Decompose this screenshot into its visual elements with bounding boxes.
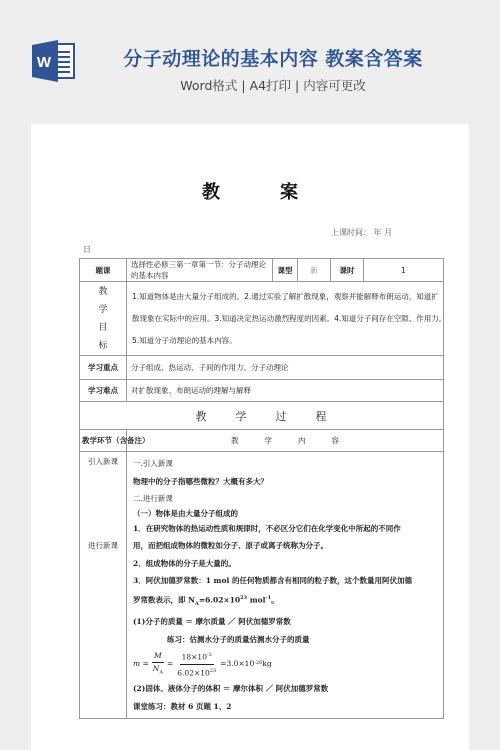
difficulties-value: 对扩散现象、布朗运动的理解与解释 bbox=[127, 380, 444, 402]
key-points-row: 学习重点 分子组成、热运动、子间的作用力、分子动理论 bbox=[80, 356, 444, 380]
svg-text:W: W bbox=[37, 54, 52, 71]
hours-label: 课时 bbox=[331, 259, 364, 282]
document-title: 教案 bbox=[31, 178, 469, 204]
class-time-label: 上课时间： 年 月 bbox=[331, 227, 392, 238]
hours-value: 1 bbox=[364, 259, 444, 282]
content-column-header: 教学内容 bbox=[127, 430, 444, 452]
process-title-row: 教学过程 bbox=[80, 402, 444, 430]
banner: W 分子动理论的基本内容 教案含答案 Word格式 | A4打印 | 内容可更改 bbox=[0, 0, 500, 110]
type-value: 新 bbox=[298, 259, 331, 282]
lesson-plan-table: 题课 选择性必修三第一章第一节：分子动理论的基本内容 课型 新 课时 1 教 学… bbox=[79, 258, 444, 719]
stage-column-header: 教学环节（含备注） bbox=[80, 430, 127, 452]
stage-new: 进行新课 bbox=[80, 540, 126, 551]
word-icon: W bbox=[32, 40, 76, 82]
goals-content: 1.知道物体是由大量分子组成的。2.通过实验了解扩散现象，观察并能解释布朗运动，… bbox=[127, 282, 444, 356]
mass-formula: m = MNA = 18×10-36.02×1023 =3.0×10-26 kg bbox=[133, 648, 437, 680]
difficulties-label: 学习难点 bbox=[80, 380, 127, 402]
key-points-value: 分子组成、热运动、子间的作用力、分子动理论 bbox=[127, 356, 444, 380]
stage-intro: 引入新课 bbox=[80, 456, 126, 467]
document-page: 教案 上课时间： 年 月 日 题课 选择性必修三第一章第一节：分子动理论的基本内… bbox=[31, 124, 469, 750]
process-header-row: 教学环节（含备注） 教学内容 bbox=[80, 430, 444, 452]
process-content: 一.引入新课 物理中的分子指哪些微粒？大概有多大？ 二.进行新课 （一）物体是由… bbox=[127, 452, 444, 719]
type-label: 课型 bbox=[273, 259, 298, 282]
banner-subtitle: Word格式 | A4打印 | 内容可更改 bbox=[118, 76, 428, 94]
process-title: 教学过程 bbox=[80, 402, 444, 430]
avogadro-line: 罗常数表示，即 NA=6.02×1023 mol-1。 bbox=[133, 590, 437, 614]
difficulties-row: 学习难点 对扩散现象、布朗运动的理解与解释 bbox=[80, 380, 444, 402]
stage-cell: 引入新课 进行新课 bbox=[80, 452, 127, 719]
goals-row: 教 学 目 标 1.知道物体是由大量分子组成的。2.通过实验了解扩散现象，观察并… bbox=[80, 282, 444, 356]
goals-label: 教 学 目 标 bbox=[80, 282, 127, 356]
header-row: 题课 选择性必修三第一章第一节：分子动理论的基本内容 课型 新 课时 1 bbox=[80, 259, 444, 282]
topic-label: 题课 bbox=[80, 259, 127, 282]
banner-title: 分子动理论的基本内容 教案含答案 bbox=[118, 44, 428, 71]
day-label: 日 bbox=[83, 244, 91, 255]
process-content-row: 引入新课 进行新课 一.引入新课 物理中的分子指哪些微粒？大概有多大？ 二.进行… bbox=[80, 452, 444, 719]
topic-value: 选择性必修三第一章第一节：分子动理论的基本内容 bbox=[127, 259, 273, 282]
key-points-label: 学习重点 bbox=[80, 356, 127, 380]
